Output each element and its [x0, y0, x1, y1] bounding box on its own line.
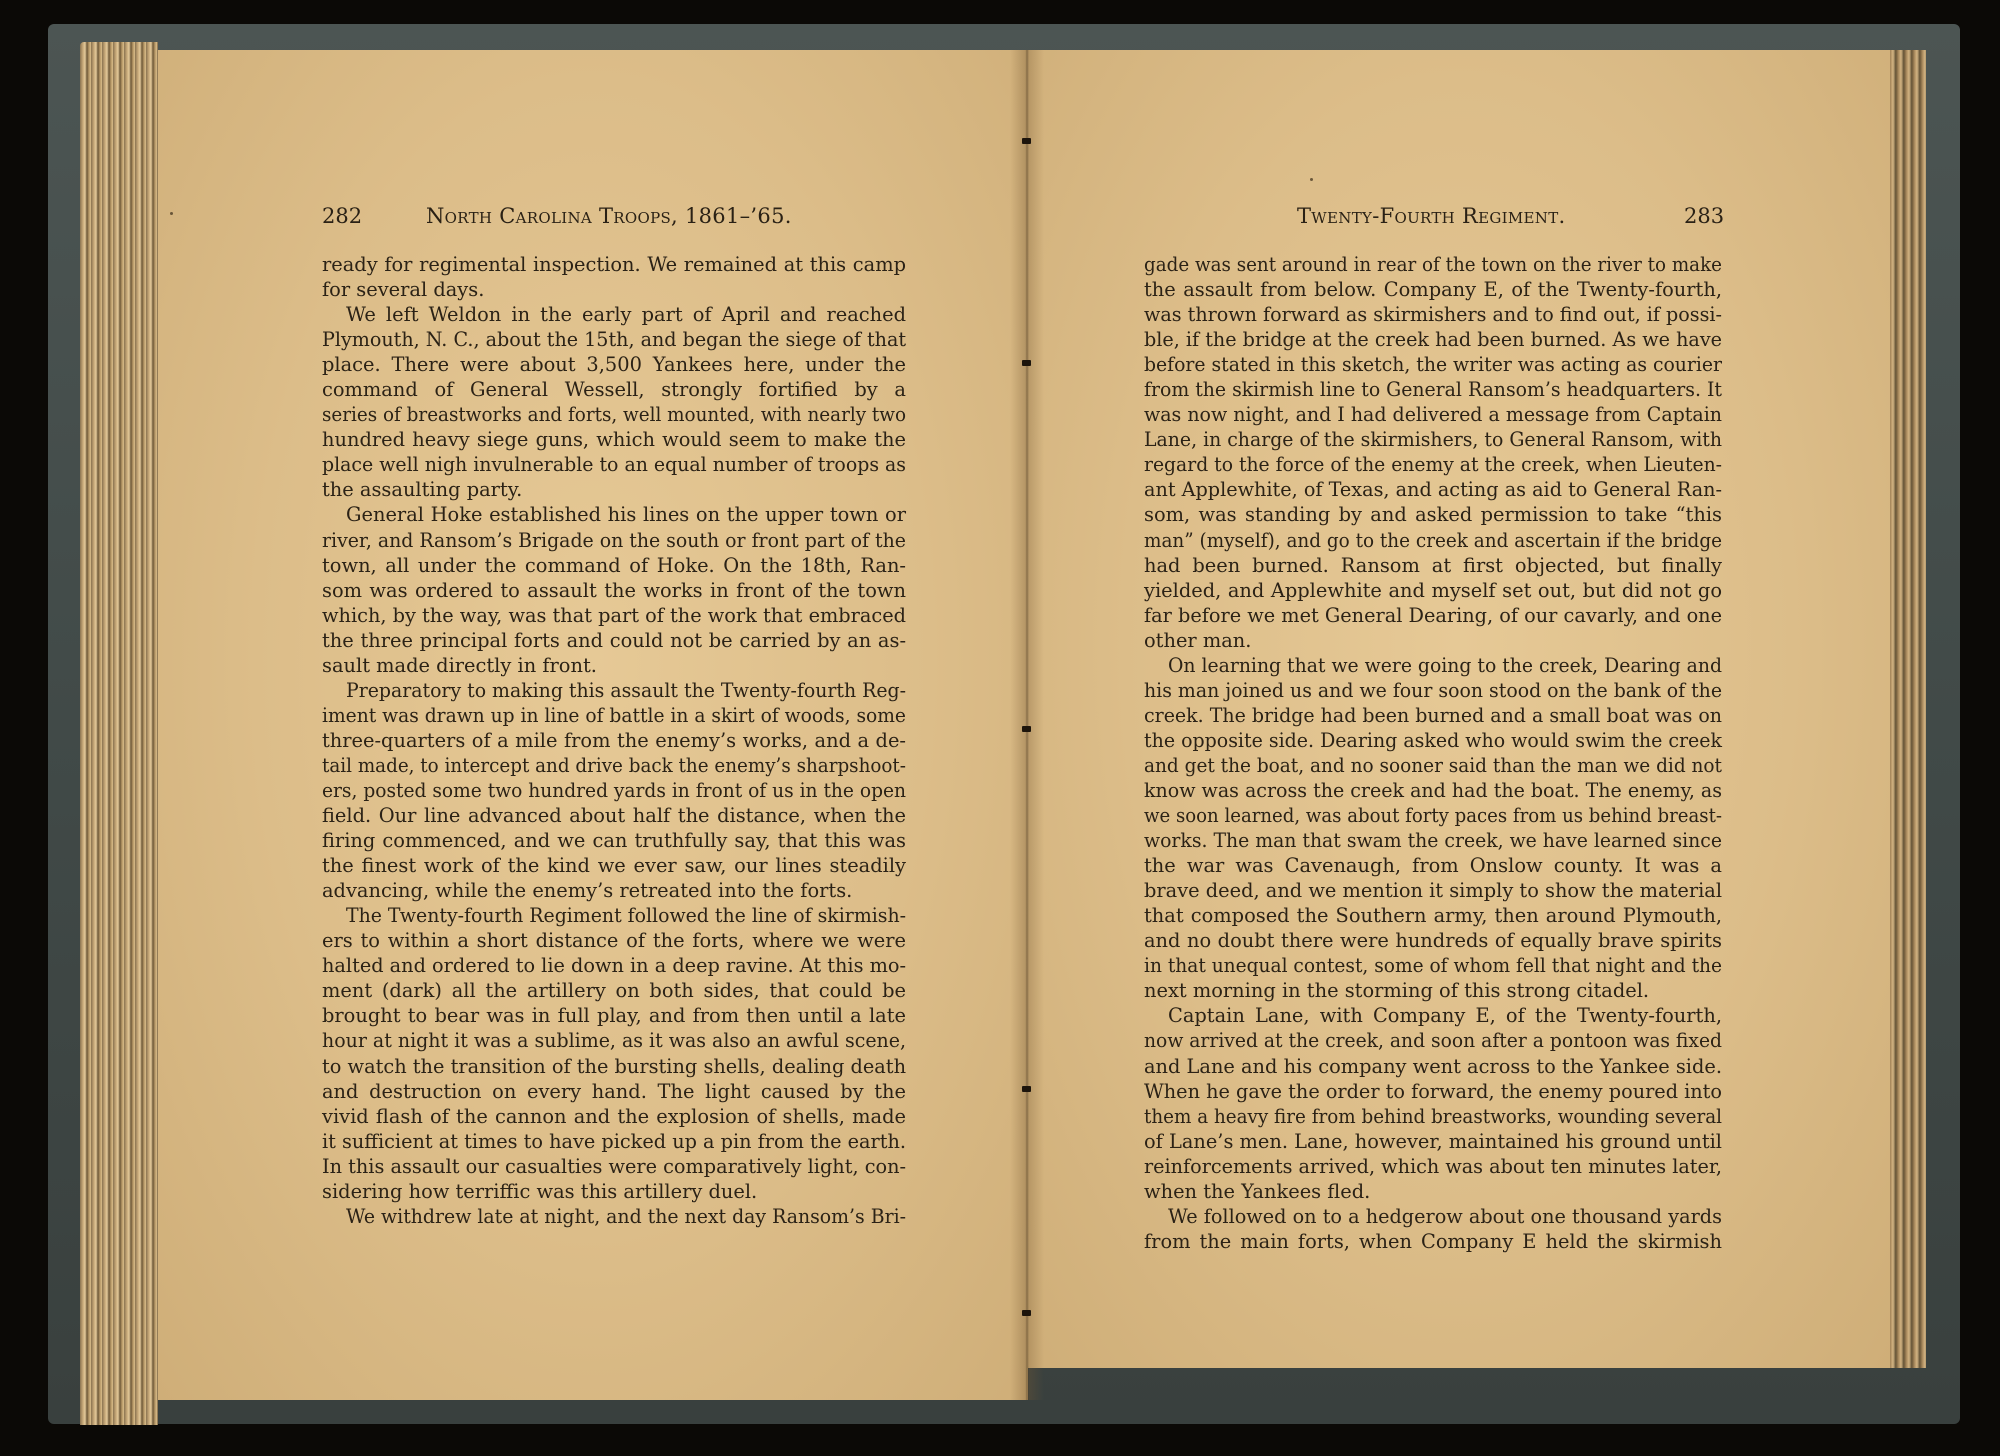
text-line: When he gave the order to forward, the e… — [1144, 1079, 1718, 1104]
text-line: of Lane’s men. Lane, however, maintained… — [1144, 1129, 1721, 1154]
text-line: know was across the creek and had the bo… — [1144, 778, 1711, 803]
paper-speck — [170, 212, 173, 215]
text-line: and Lane and his company went across to … — [1144, 1054, 1721, 1079]
text-line: reinforcements arrived, which was about … — [1144, 1154, 1716, 1179]
text-line: from the main forts, when Company E held… — [1144, 1229, 1722, 1254]
left-page-edges — [80, 42, 158, 1425]
text-line: and destruction on every hand. The light… — [322, 1079, 906, 1104]
text-line: ers to within a short distance of the fo… — [322, 928, 906, 953]
text-line: that composed the Southern army, then ar… — [1144, 903, 1722, 928]
text-line: place. There were about 3,500 Yankees he… — [322, 352, 906, 377]
text-line: Preparatory to making this assault the T… — [323, 678, 891, 703]
text-line: hundred heavy siege guns, which would se… — [322, 427, 906, 452]
text-line: which, by the way, was that part of the … — [322, 603, 903, 628]
text-line: to watch the transition of the bursting … — [322, 1054, 904, 1079]
binding-stitch — [1022, 1086, 1031, 1092]
text-line: On learning that we were going to the cr… — [1145, 653, 1705, 678]
text-line: sidering how terriffic was this artiller… — [322, 1179, 906, 1204]
text-line: gade was sent around in rear of the town… — [1144, 252, 1689, 277]
text-line: ant Applewhite, of Texas, and acting as … — [1144, 477, 1716, 502]
right-page-edges — [1888, 50, 1926, 1368]
text-line: the three principal forts and could not … — [322, 628, 906, 653]
text-line: works. The man that swam the creek, we h… — [1144, 828, 1705, 853]
text-line: halted and ordered to lie down in a deep… — [322, 953, 902, 978]
text-line: advancing, while the enemy’s retreated i… — [322, 878, 906, 903]
text-line: when the Yankees fled. — [1144, 1179, 1722, 1204]
text-line: sault made directly in front. — [322, 653, 906, 678]
left-running-head: North Carolina Troops, 1861–’65. — [426, 204, 792, 236]
left-page-number: 282 — [322, 204, 362, 228]
text-line: other man. — [1144, 628, 1722, 653]
text-line: The Twenty-fourth Regiment followed the … — [323, 903, 892, 928]
text-line: next morning in the storming of this str… — [1144, 978, 1722, 1003]
text-line: tail made, to intercept and drive back t… — [322, 753, 874, 778]
text-line: ready for regimental inspection. We rema… — [322, 252, 906, 277]
right-running-head: Twenty-Fourth Regiment. — [1297, 204, 1566, 236]
text-line: som, was standing by and asked permissio… — [1144, 502, 1722, 527]
text-line: ment (dark) all the artillery on both si… — [322, 978, 906, 1003]
text-line: We left Weldon in the early part of Apri… — [322, 302, 906, 327]
text-line: man” (myself), and go to the creek and a… — [1144, 528, 1692, 553]
text-line: and no doubt there were hundreds of equa… — [1144, 928, 1722, 953]
text-line: Captain Lane, with Company E, of the Twe… — [1144, 1003, 1722, 1028]
text-line: was thrown forward as skirmishers and to… — [1144, 302, 1714, 327]
text-line: the assaulting party. — [322, 477, 906, 502]
text-line: Plymouth, N. C., about the 15th, and beg… — [322, 327, 897, 352]
book-gutter — [1010, 50, 1044, 1400]
right-page-number: 283 — [1684, 204, 1724, 228]
text-line: We followed on to a hedgerow about one t… — [1144, 1204, 1718, 1229]
text-line: we soon learned, was about forty paces f… — [1144, 803, 1684, 828]
text-line: firing commenced, and we can truthfully … — [322, 828, 906, 853]
text-line: series of breastworks and forts, well mo… — [322, 402, 875, 427]
text-line: town, all under the command of Hoke. On … — [322, 553, 906, 578]
right-page-body: gade was sent around in rear of the town… — [1144, 252, 1722, 1254]
paper-speck — [1310, 178, 1313, 181]
text-line: We withdrew late at night, and the next … — [323, 1204, 891, 1229]
text-line: iment was drawn up in line of battle in … — [322, 703, 884, 728]
text-line: it sufficient at times to have picked up… — [322, 1129, 902, 1154]
text-line: creek. The bridge had been burned and a … — [1144, 703, 1710, 728]
text-line: ble, if the bridge at the creek had been… — [1144, 327, 1715, 352]
text-line: brought to bear was in full play, and fr… — [322, 1003, 906, 1028]
text-line: brave deed, and we mention it simply to … — [1144, 878, 1721, 903]
text-line: yielded, and Applewhite and myself set o… — [1144, 578, 1722, 603]
text-line: vivid flash of the cannon and the explos… — [322, 1104, 906, 1129]
text-line: them a heavy fire from behind breastwork… — [1144, 1104, 1690, 1129]
text-line: hour at night it was a sublime, as it wa… — [322, 1028, 893, 1053]
binding-stitch — [1022, 138, 1031, 144]
text-line: field. Our line advanced about half the … — [322, 803, 906, 828]
left-page-body: ready for regimental inspection. We rema… — [322, 252, 906, 1229]
text-line: before stated in this sketch, the writer… — [1144, 352, 1704, 377]
text-line: Lane, in charge of the skirmishers, to G… — [1144, 427, 1706, 452]
text-line: in that unequal contest, some of whom fe… — [1144, 953, 1698, 978]
text-line: from the skirmish line to General Ransom… — [1144, 377, 1706, 402]
text-line: In this assault our casualties were comp… — [322, 1154, 902, 1179]
text-line: three-quarters of a mile from the enemy’… — [322, 728, 906, 753]
text-line: som was ordered to assault the works in … — [322, 578, 906, 603]
text-line: the opposite side. Dearing asked who wou… — [1144, 728, 1709, 753]
text-line: ers, posted some two hundred yards in fr… — [322, 778, 883, 803]
text-line: far before we met General Dearing, of ou… — [1144, 603, 1719, 628]
text-line: for several days. — [322, 277, 906, 302]
text-line: had been burned. Ransom at first objecte… — [1144, 553, 1722, 578]
text-line: the assault from below. Company E, of th… — [1144, 277, 1722, 302]
text-line: General Hoke established his lines on th… — [322, 502, 906, 527]
text-line: now arrived at the creek, and soon after… — [1144, 1028, 1702, 1053]
text-line: his man joined us and we four soon stood… — [1144, 678, 1707, 703]
text-line: place well nigh invulnerable to an equal… — [322, 452, 892, 477]
binding-stitch — [1022, 360, 1031, 366]
text-line: was now night, and I had delivered a mes… — [1144, 402, 1710, 427]
binding-stitch — [1022, 726, 1031, 732]
text-line: command of General Wessell, strongly for… — [322, 377, 906, 402]
text-line: the finest work of the kind we ever saw,… — [322, 853, 906, 878]
text-line: the war was Cavenaugh, from Onslow count… — [1144, 853, 1722, 878]
text-line: regard to the force of the enemy at the … — [1144, 452, 1703, 477]
binding-stitch — [1022, 1310, 1031, 1316]
text-line: river, and Ransom’s Brigade on the south… — [322, 528, 891, 553]
text-line: and get the boat, and no sooner said tha… — [1144, 753, 1695, 778]
